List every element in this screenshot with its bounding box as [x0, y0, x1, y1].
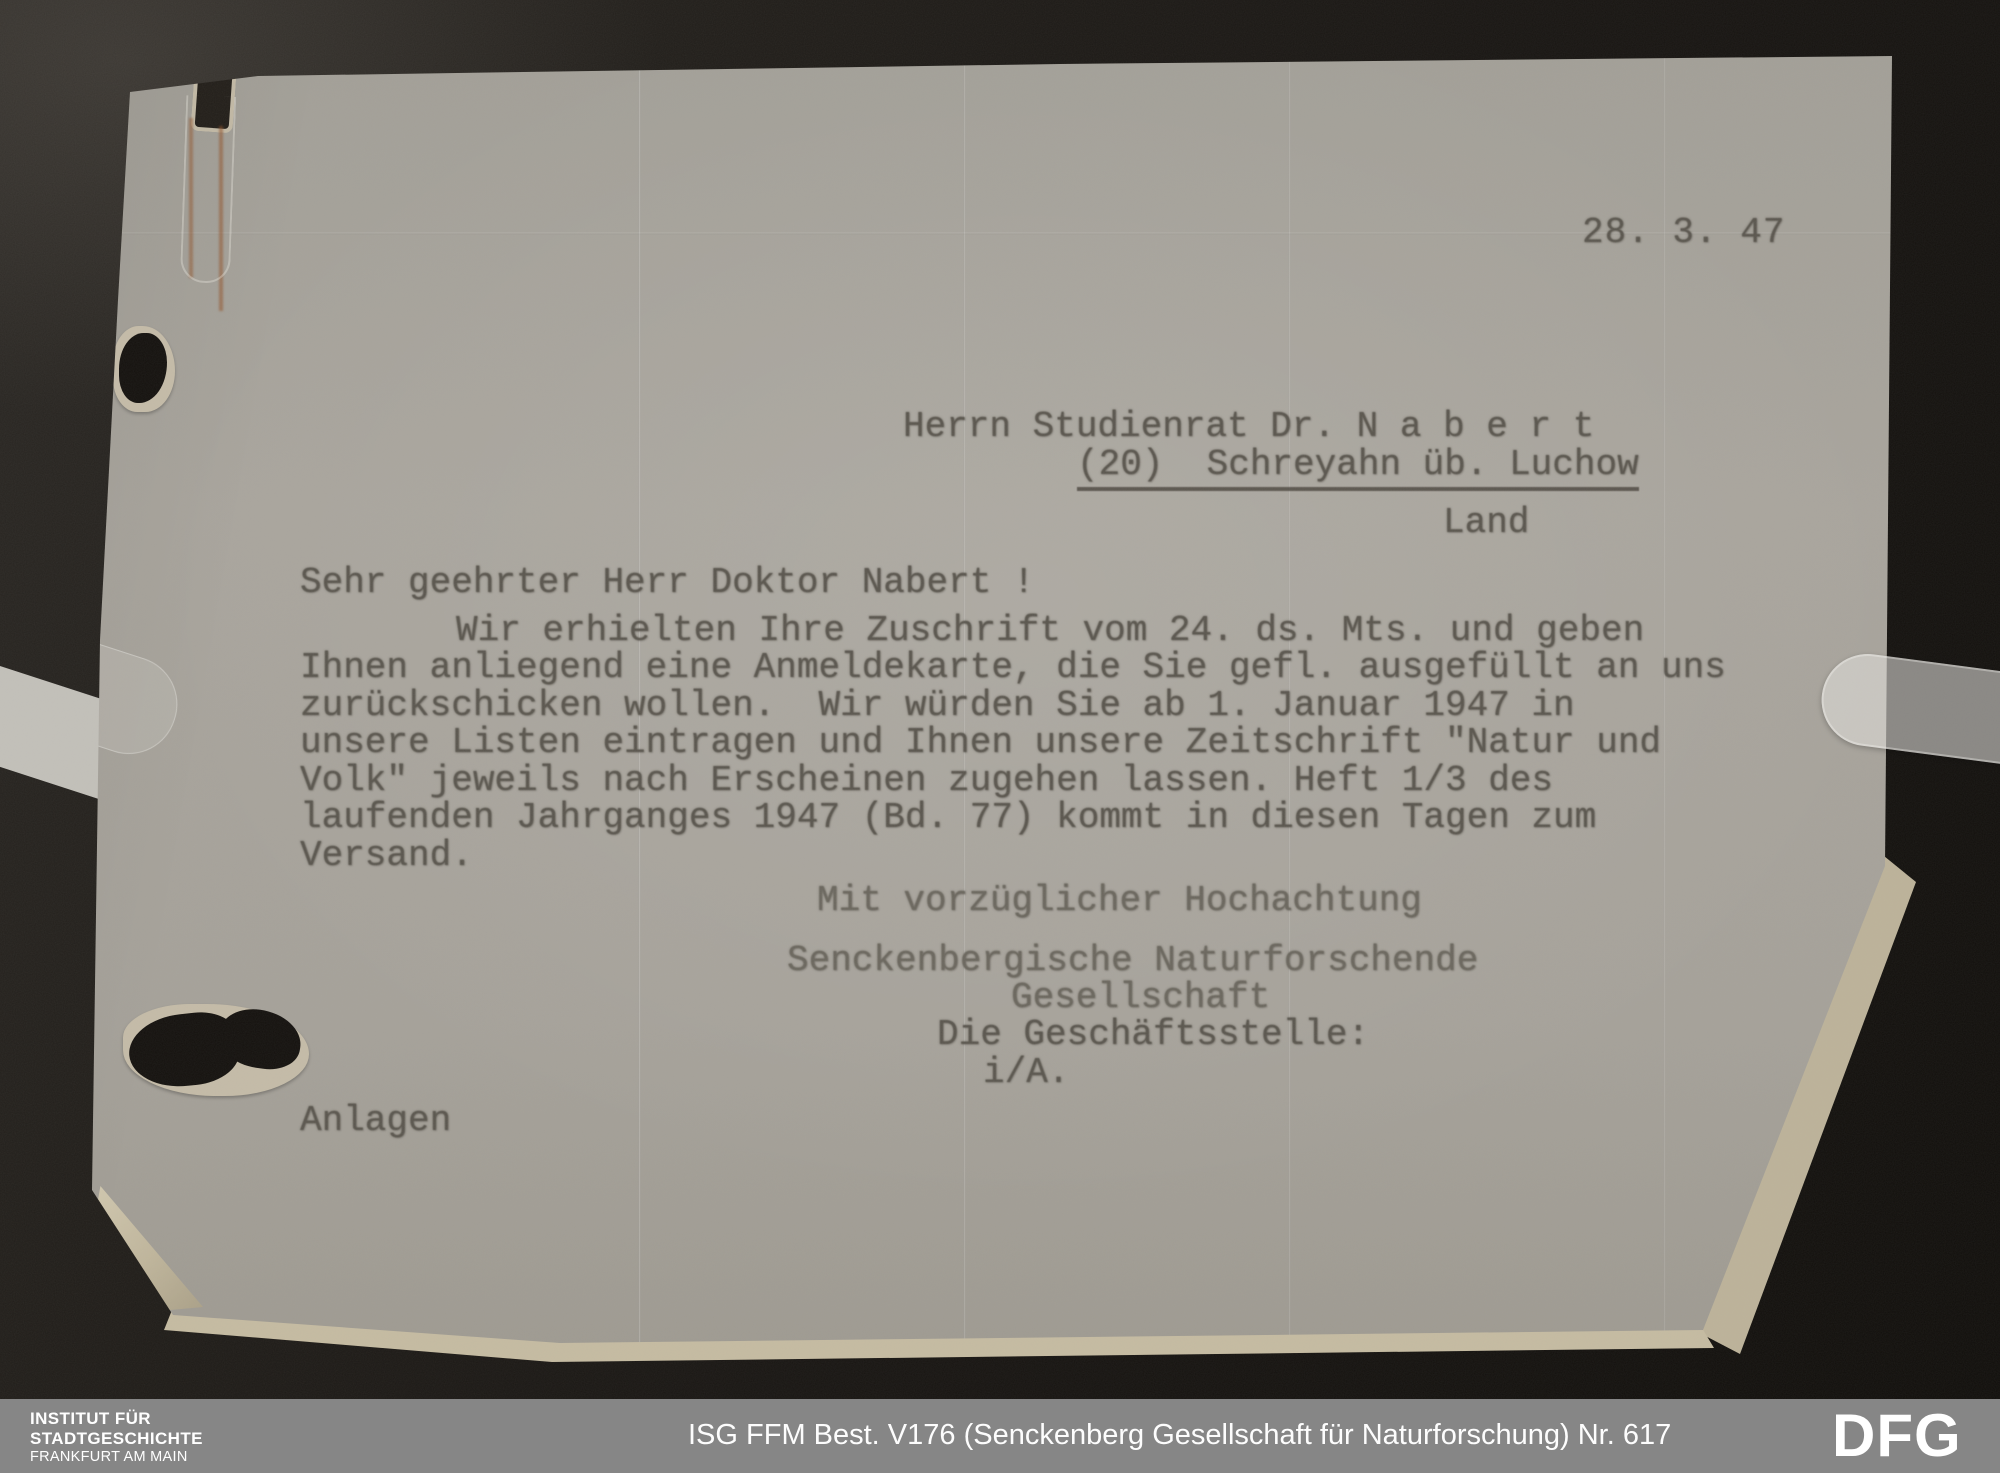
- institute-name-line: INSTITUT FÜR: [30, 1409, 203, 1429]
- archive-scan-viewport: 28. 3. 47 Herrn Studienrat Dr. N a b e r…: [0, 0, 2000, 1473]
- punch-hole-top: [113, 326, 175, 412]
- archive-footer-bar: INSTITUT FÜR STADTGESCHICHTE FRANKFURT A…: [0, 1399, 2000, 1473]
- staple-ghost-loop: [180, 95, 236, 284]
- recipient-line: Herrn Studienrat Dr. N a b e r t: [903, 408, 1594, 445]
- body-line: zurückschicken wollen. Wir würden Sie ab…: [300, 687, 1575, 724]
- recipient-line: (20) Schreyahn üb. Luchow: [1077, 446, 1639, 491]
- enclosure-note: Anlagen: [300, 1102, 451, 1139]
- letter-date: 28. 3. 47: [1582, 214, 1785, 251]
- body-line: laufenden Jahrganges 1947 (Bd. 77) kommt…: [300, 799, 1596, 836]
- closing-line: Senckenbergische Naturforschende: [787, 942, 1478, 979]
- punch-hole-bottom: [123, 1004, 309, 1096]
- recipient-line: Land: [1443, 504, 1529, 541]
- closing-line: Die Geschäftsstelle:: [937, 1016, 1369, 1053]
- dfg-logo: DFG: [1832, 1401, 1962, 1470]
- institute-city-line: FRANKFURT AM MAIN: [30, 1449, 203, 1466]
- letter-document: 28. 3. 47 Herrn Studienrat Dr. N a b e r…: [85, 56, 1893, 1346]
- salutation: Sehr geehrter Herr Doktor Nabert !: [300, 564, 1035, 601]
- body-line: Ihnen anliegend eine Anmeldekarte, die S…: [300, 649, 1726, 686]
- institute-logo: INSTITUT FÜR STADTGESCHICHTE FRANKFURT A…: [30, 1409, 203, 1466]
- body-line: Volk" jeweils nach Erscheinen zugehen la…: [300, 762, 1553, 799]
- body-line: Wir erhielten Ihre Zuschrift vom 24. ds.…: [456, 612, 1644, 649]
- closing-line: i/A.: [983, 1054, 1069, 1091]
- body-line: Versand.: [300, 837, 473, 874]
- closing-line: Mit vorzüglicher Hochachtung: [817, 882, 1422, 919]
- institute-name-line: STADTGESCHICHTE: [30, 1429, 203, 1449]
- archive-reference: ISG FFM Best. V176 (Senckenberg Gesellsc…: [688, 1419, 1671, 1452]
- closing-line: Gesellschaft: [1011, 979, 1270, 1016]
- body-line: unsere Listen eintragen und Ihnen unsere…: [300, 724, 1661, 761]
